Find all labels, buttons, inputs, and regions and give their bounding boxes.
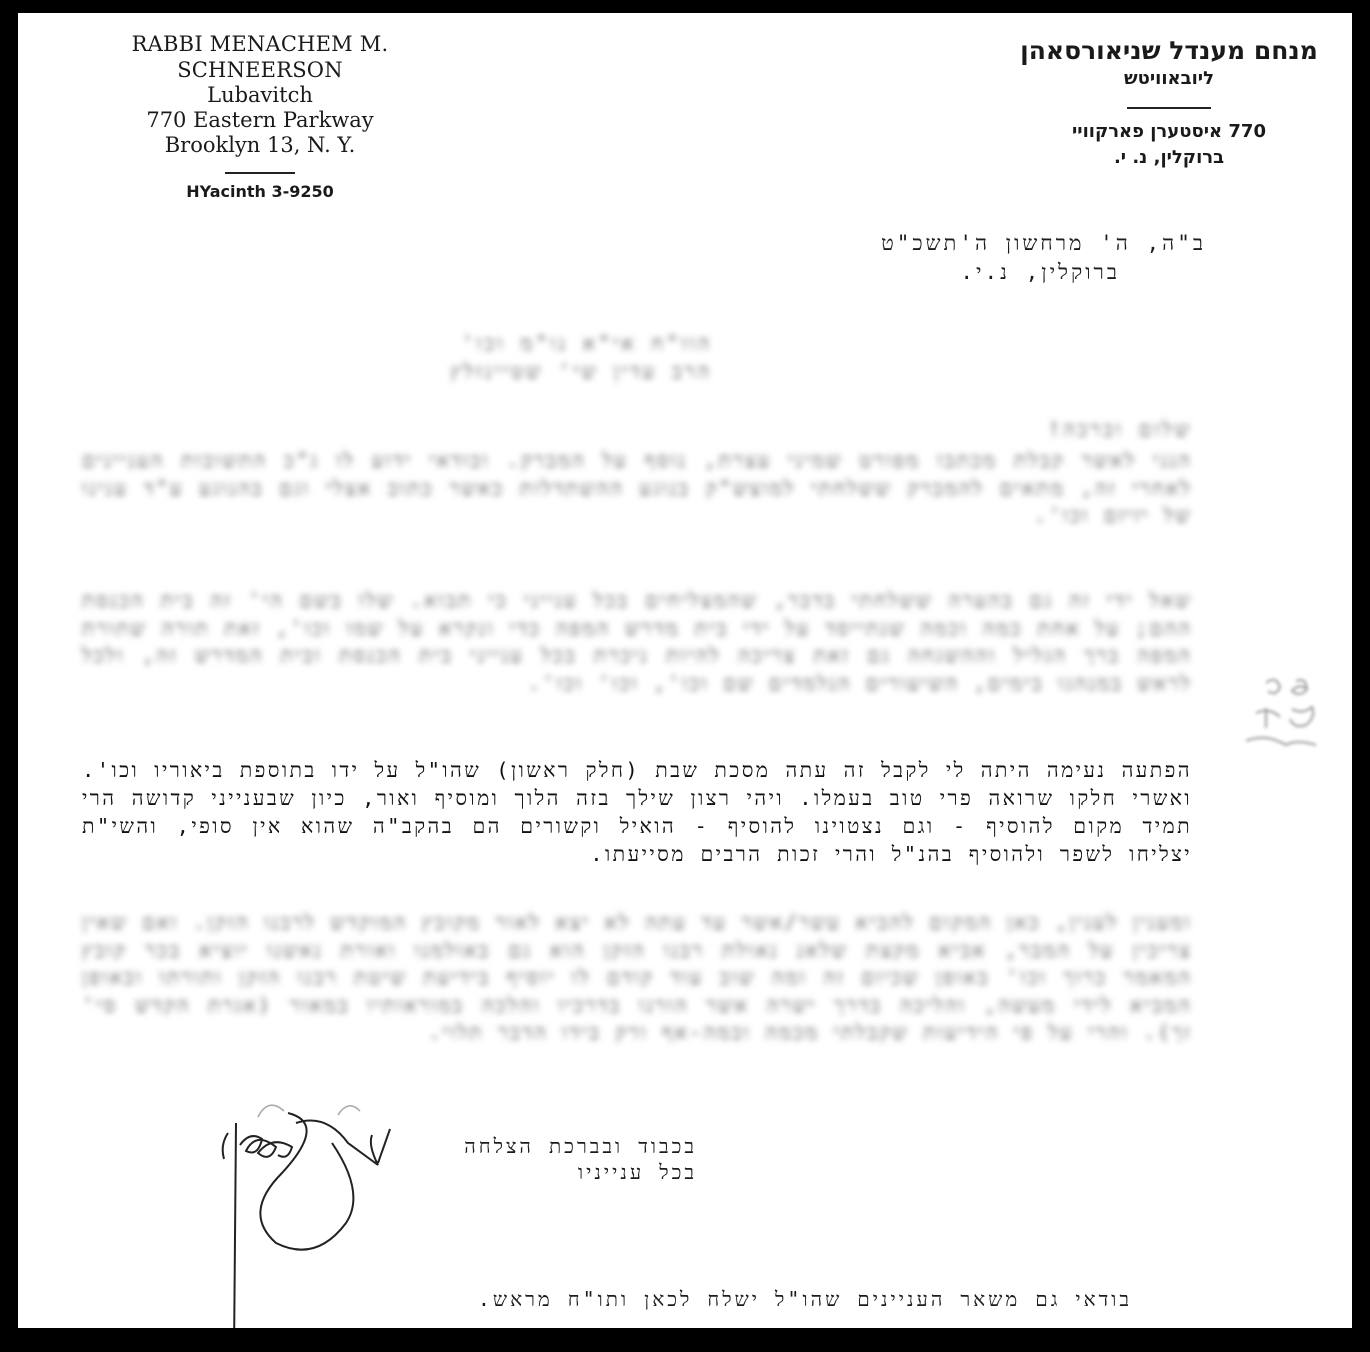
signature-icon [198,1093,458,1328]
sender-name-english: RABBI MENACHEM M. SCHNEERSON [46,31,474,83]
greeting-redacted: שלום וברכה! [1048,415,1192,443]
addressee-line: הרב עדין שי' שטיינזלץ [451,357,712,385]
paragraph-2-redacted: שאל ידי זה גם בהערה ששלחתי בדבר, שהמצליח… [82,587,1192,697]
closing-line-text: בכל ענייניו [578,1160,697,1184]
sender-address-hebrew: 770 איסטערן פארקוויי [1004,119,1334,145]
letterhead-divider [225,172,295,174]
closing-line: בכבוד ובברכת הצלחה [428,1133,697,1159]
sender-sub-hebrew: ליובאוויטש [1004,67,1334,91]
paragraph-4-redacted: ומענין לענין, כאן המקום להביא עשר/אשר עד… [82,909,1192,1047]
addressee-line: הוו"ח אי"א נו"מ וכו' [451,329,712,357]
sender-phone: HYacinth 3-9250 [46,182,474,201]
letterhead-hebrew: מנחם מענדל שניאורסאהן ליובאוויטש 770 איס… [1004,35,1334,171]
letterhead-english: RABBI MENACHEM M. SCHNEERSON Lubavitch 7… [46,31,474,201]
letter-page: RABBI MENACHEM M. SCHNEERSON Lubavitch 7… [18,13,1352,1328]
sender-line: 770 Eastern Parkway [46,108,474,133]
postscript: בודאי גם משאר העניינים שהו"ל ישלח לכאן ו… [478,1287,1132,1312]
letterhead-divider [1127,107,1211,109]
date: ב"ה, ה' מרחשון ה'תשכ"ט [881,229,1206,258]
sender-name-hebrew: מנחם מענדל שניאורסאהן [1004,35,1334,67]
addressee-redacted: הוו"ח אי"א נו"מ וכו' הרב עדין שי' שטיינז… [451,329,712,385]
paragraph-3: הפתעה נעימה היתה לי לקבל זה עתה מסכת שבת… [82,756,1192,868]
closing-line: בכל ענייניו [428,1159,697,1185]
closing: בכבוד ובברכת הצלחה בכל ענייניו [428,1133,697,1185]
margin-note-icon [1236,663,1346,753]
place: ברוקלין, נ.י. [881,258,1120,287]
paragraph-1-redacted: הנני לאשר קבלת מכתבו מפורט שמיני עצרת, נ… [82,447,1192,530]
sender-line: Brooklyn 13, N. Y. [46,133,474,158]
dateline: ב"ה, ה' מרחשון ה'תשכ"ט ברוקלין, נ.י. [881,229,1206,287]
sender-address-hebrew: ברוקלין, נ. י. [1004,145,1334,171]
sender-line: Lubavitch [46,83,474,108]
